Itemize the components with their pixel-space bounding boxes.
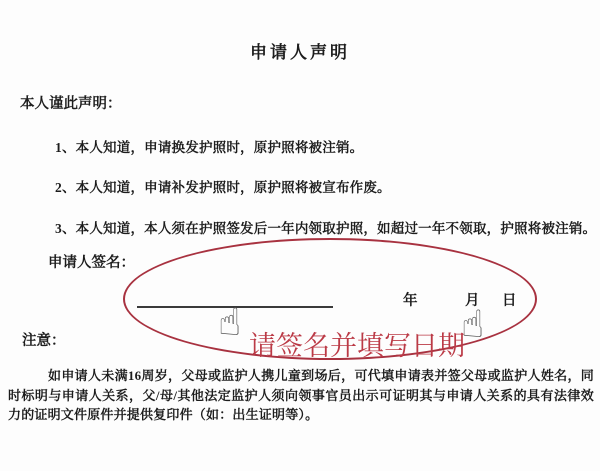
declaration-item-2: 2、本人知道，申请补发护照时，原护照将被宣布作废。 xyxy=(55,176,391,196)
annotation-text: 请签名并填写日期 xyxy=(249,324,465,363)
notice-paragraph: 如申请人未满16周岁，父母或监护人携儿童到场后，可代填申请表并签父母或监护人姓名… xyxy=(8,366,594,425)
declaration-item-3: 3、本人知道，本人须在护照签发后一年内领取护照，如超过一年不领取，护照将被注销。 xyxy=(55,217,596,237)
notice-label: 注意： xyxy=(22,329,66,350)
pointing-hand-icon-left: ☝ xyxy=(218,303,241,341)
declaration-item-1: 1、本人知道，申请换发护照时，原护照将被注销。 xyxy=(55,136,363,156)
signature-label: 申请人签名： xyxy=(48,251,135,272)
document-page: 申请人声明 本人谨此声明： 1、本人知道，申请换发护照时，原护照将被注销。 2、… xyxy=(0,0,600,471)
page-title: 申请人声明 xyxy=(0,38,600,63)
declaration-intro: 本人谨此声明： xyxy=(20,92,122,113)
